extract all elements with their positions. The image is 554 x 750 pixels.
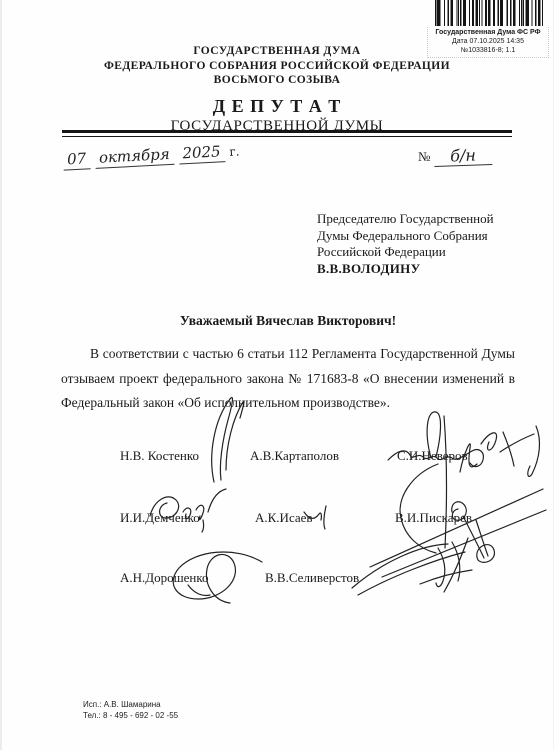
date-number-line: 07 октября 2025 г. № б/н	[0, 142, 554, 182]
signatory-name: В.И.Пискарев	[395, 510, 472, 526]
document-number: № б/н	[418, 146, 492, 166]
signatory-name: В.В.Селиверстов	[265, 570, 359, 586]
letterhead-divider	[62, 130, 512, 137]
date-year-suffix: г.	[229, 144, 240, 159]
signatory-name: Н.В. Костенко	[120, 448, 199, 464]
signatory-name: С.И.Неверов	[397, 448, 468, 464]
org-name-line1: ГОСУДАРСТВЕННАЯ ДУМА	[0, 44, 554, 59]
date-month: октября	[94, 145, 174, 169]
addressee-name: В.В.ВОЛОДИНУ	[317, 261, 494, 278]
addressee-block: Председателю Государственной Думы Федера…	[317, 211, 494, 277]
stamp-org: Государственная Дума ФС РФ	[428, 28, 548, 37]
signature-kartapolov	[370, 412, 546, 577]
addressee-line: Думы Федерального Собрания	[317, 228, 494, 245]
executor-line: Исп.: А.В. Шамарина	[83, 699, 178, 710]
signatory-name: А.В.Картаполов	[250, 448, 339, 464]
barcode-icon	[435, 0, 543, 26]
signatory-name: И.И.Демченко	[120, 510, 200, 526]
body-paragraph: В соответствии с частью 6 статьи 112 Рег…	[61, 342, 515, 416]
salutation: Уважаемый Вячеслав Викторович!	[61, 313, 515, 329]
scanned-letter-page: Государственная Дума ФС РФ Дата 07.10.20…	[0, 0, 554, 750]
letterhead: ГОСУДАРСТВЕННАЯ ДУМА ФЕДЕРАЛЬНОГО СОБРАН…	[0, 44, 554, 135]
addressee-line: Председателю Государственной	[317, 211, 494, 228]
number-sign: №	[418, 149, 430, 164]
signature-neverov	[460, 426, 539, 476]
letterhead-title: Д Е П У Т А Т	[0, 96, 554, 117]
date-year: 2025	[178, 142, 225, 164]
addressee-line: Российской Федерации	[317, 244, 494, 261]
date-day: 07	[63, 149, 91, 170]
handwritten-number: б/н	[434, 145, 493, 167]
phone-line: Тел.: 8 - 495 - 692 - 02 -55	[83, 710, 178, 721]
org-name-line2: ФЕДЕРАЛЬНОГО СОБРАНИЯ РОССИЙСКОЙ ФЕДЕРАЦ…	[0, 59, 554, 74]
signature-seliverstov	[352, 538, 472, 595]
signatory-name: А.К.Исаев	[255, 510, 313, 526]
footer-block: Исп.: А.В. Шамарина Тел.: 8 - 495 - 692 …	[83, 699, 178, 721]
handwritten-date: 07 октября 2025 г.	[63, 141, 240, 168]
signatory-name: А.Н.Дорошенко	[120, 570, 209, 586]
org-name-line3: ВОСЬМОГО СОЗЫВА	[0, 73, 554, 88]
